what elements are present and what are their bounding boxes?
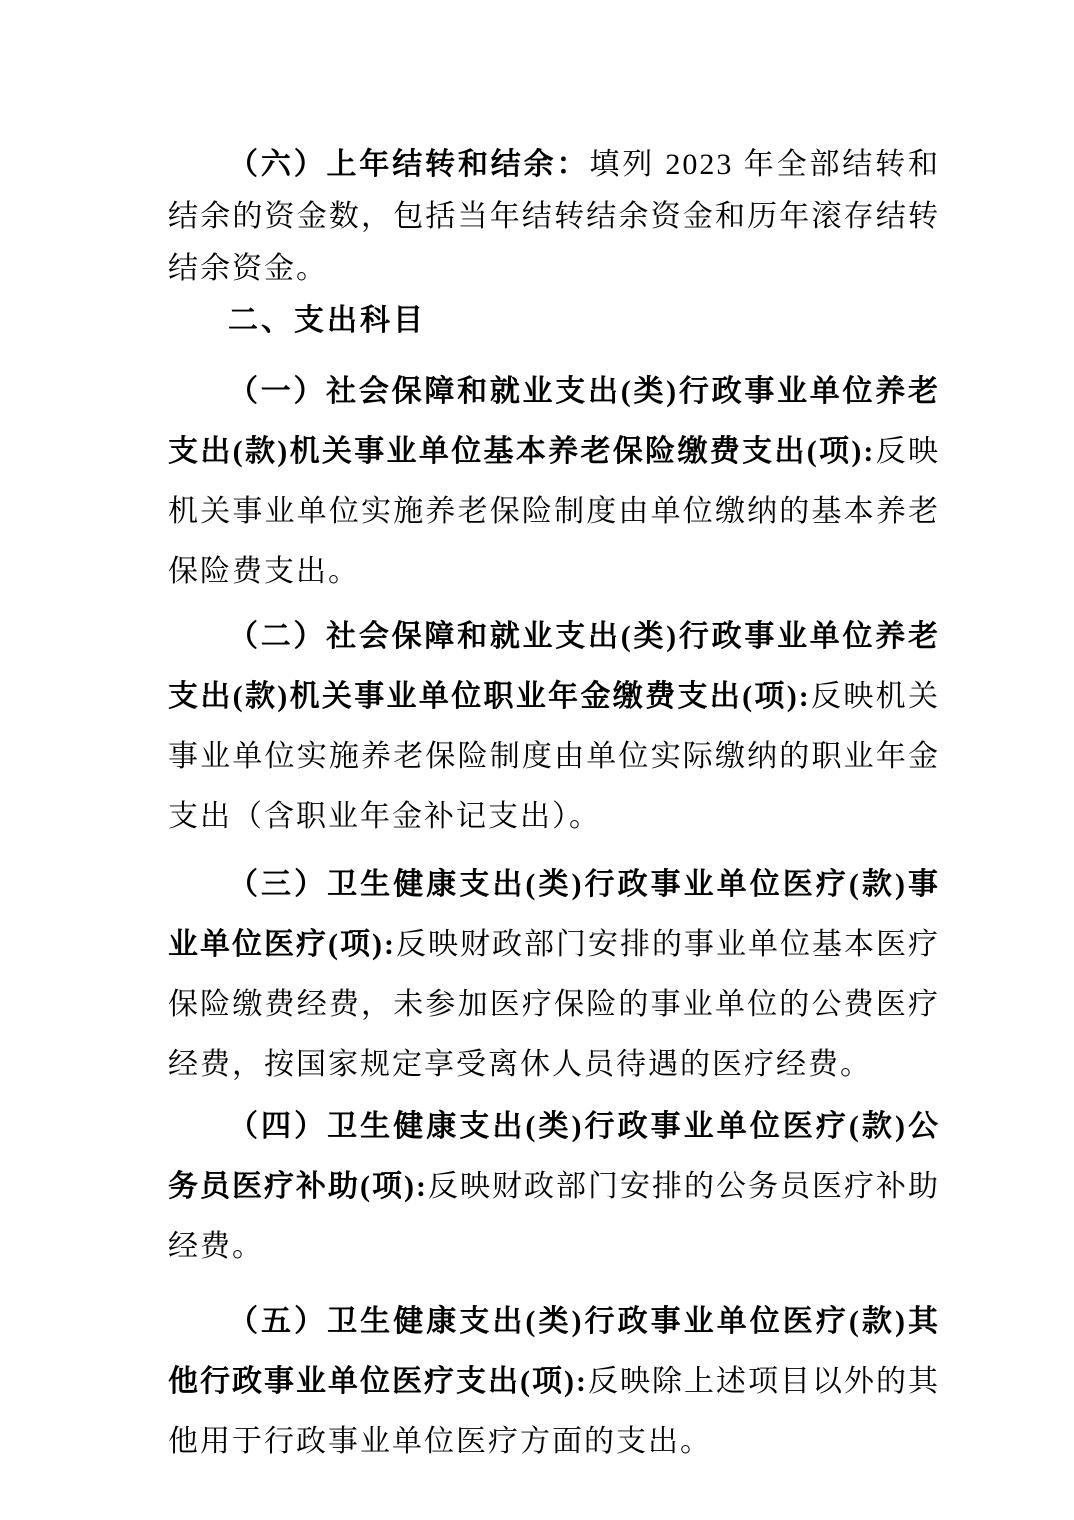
paragraph-item-four: （四）卫生健康支出(类)行政事业单位医疗(款)公务员医疗补助(项):反映财政部门… [168,1097,940,1277]
paragraph-item-six-lead: （六）上年结转和结余： [228,148,589,181]
paragraph-item-three: （三）卫生健康支出(类)行政事业单位医疗(款)事业单位医疗(项):反映财政部门安… [168,855,940,1095]
section-heading-expenditure: 二、支出科目 [168,295,940,347]
section-heading-expenditure-text: 二、支出科目 [228,304,426,337]
paragraph-item-six: （六）上年结转和结余：填列 2023 年全部结转和结余的资金数，包括当年结转结余… [168,139,940,295]
paragraph-item-two: （二）社会保障和就业支出(类)行政事业单位养老支出(款)机关事业单位职业年金缴费… [168,607,940,847]
document-content: （六）上年结转和结余：填列 2023 年全部结转和结余的资金数，包括当年结转结余… [0,0,1074,1520]
paragraph-item-one: （一）社会保障和就业支出(类)行政事业单位养老支出(款)机关事业单位基本养老保险… [168,362,940,602]
paragraph-item-one-lead: （一）社会保障和就业支出(类)行政事业单位养老支出(款)机关事业单位基本养老保险… [168,375,940,468]
document-page: （六）上年结转和结余：填列 2023 年全部结转和结余的资金数，包括当年结转结余… [0,0,1074,1520]
paragraph-item-five: （五）卫生健康支出(类)行政事业单位医疗(款)其他行政事业单位医疗支出(项):反… [168,1292,940,1472]
